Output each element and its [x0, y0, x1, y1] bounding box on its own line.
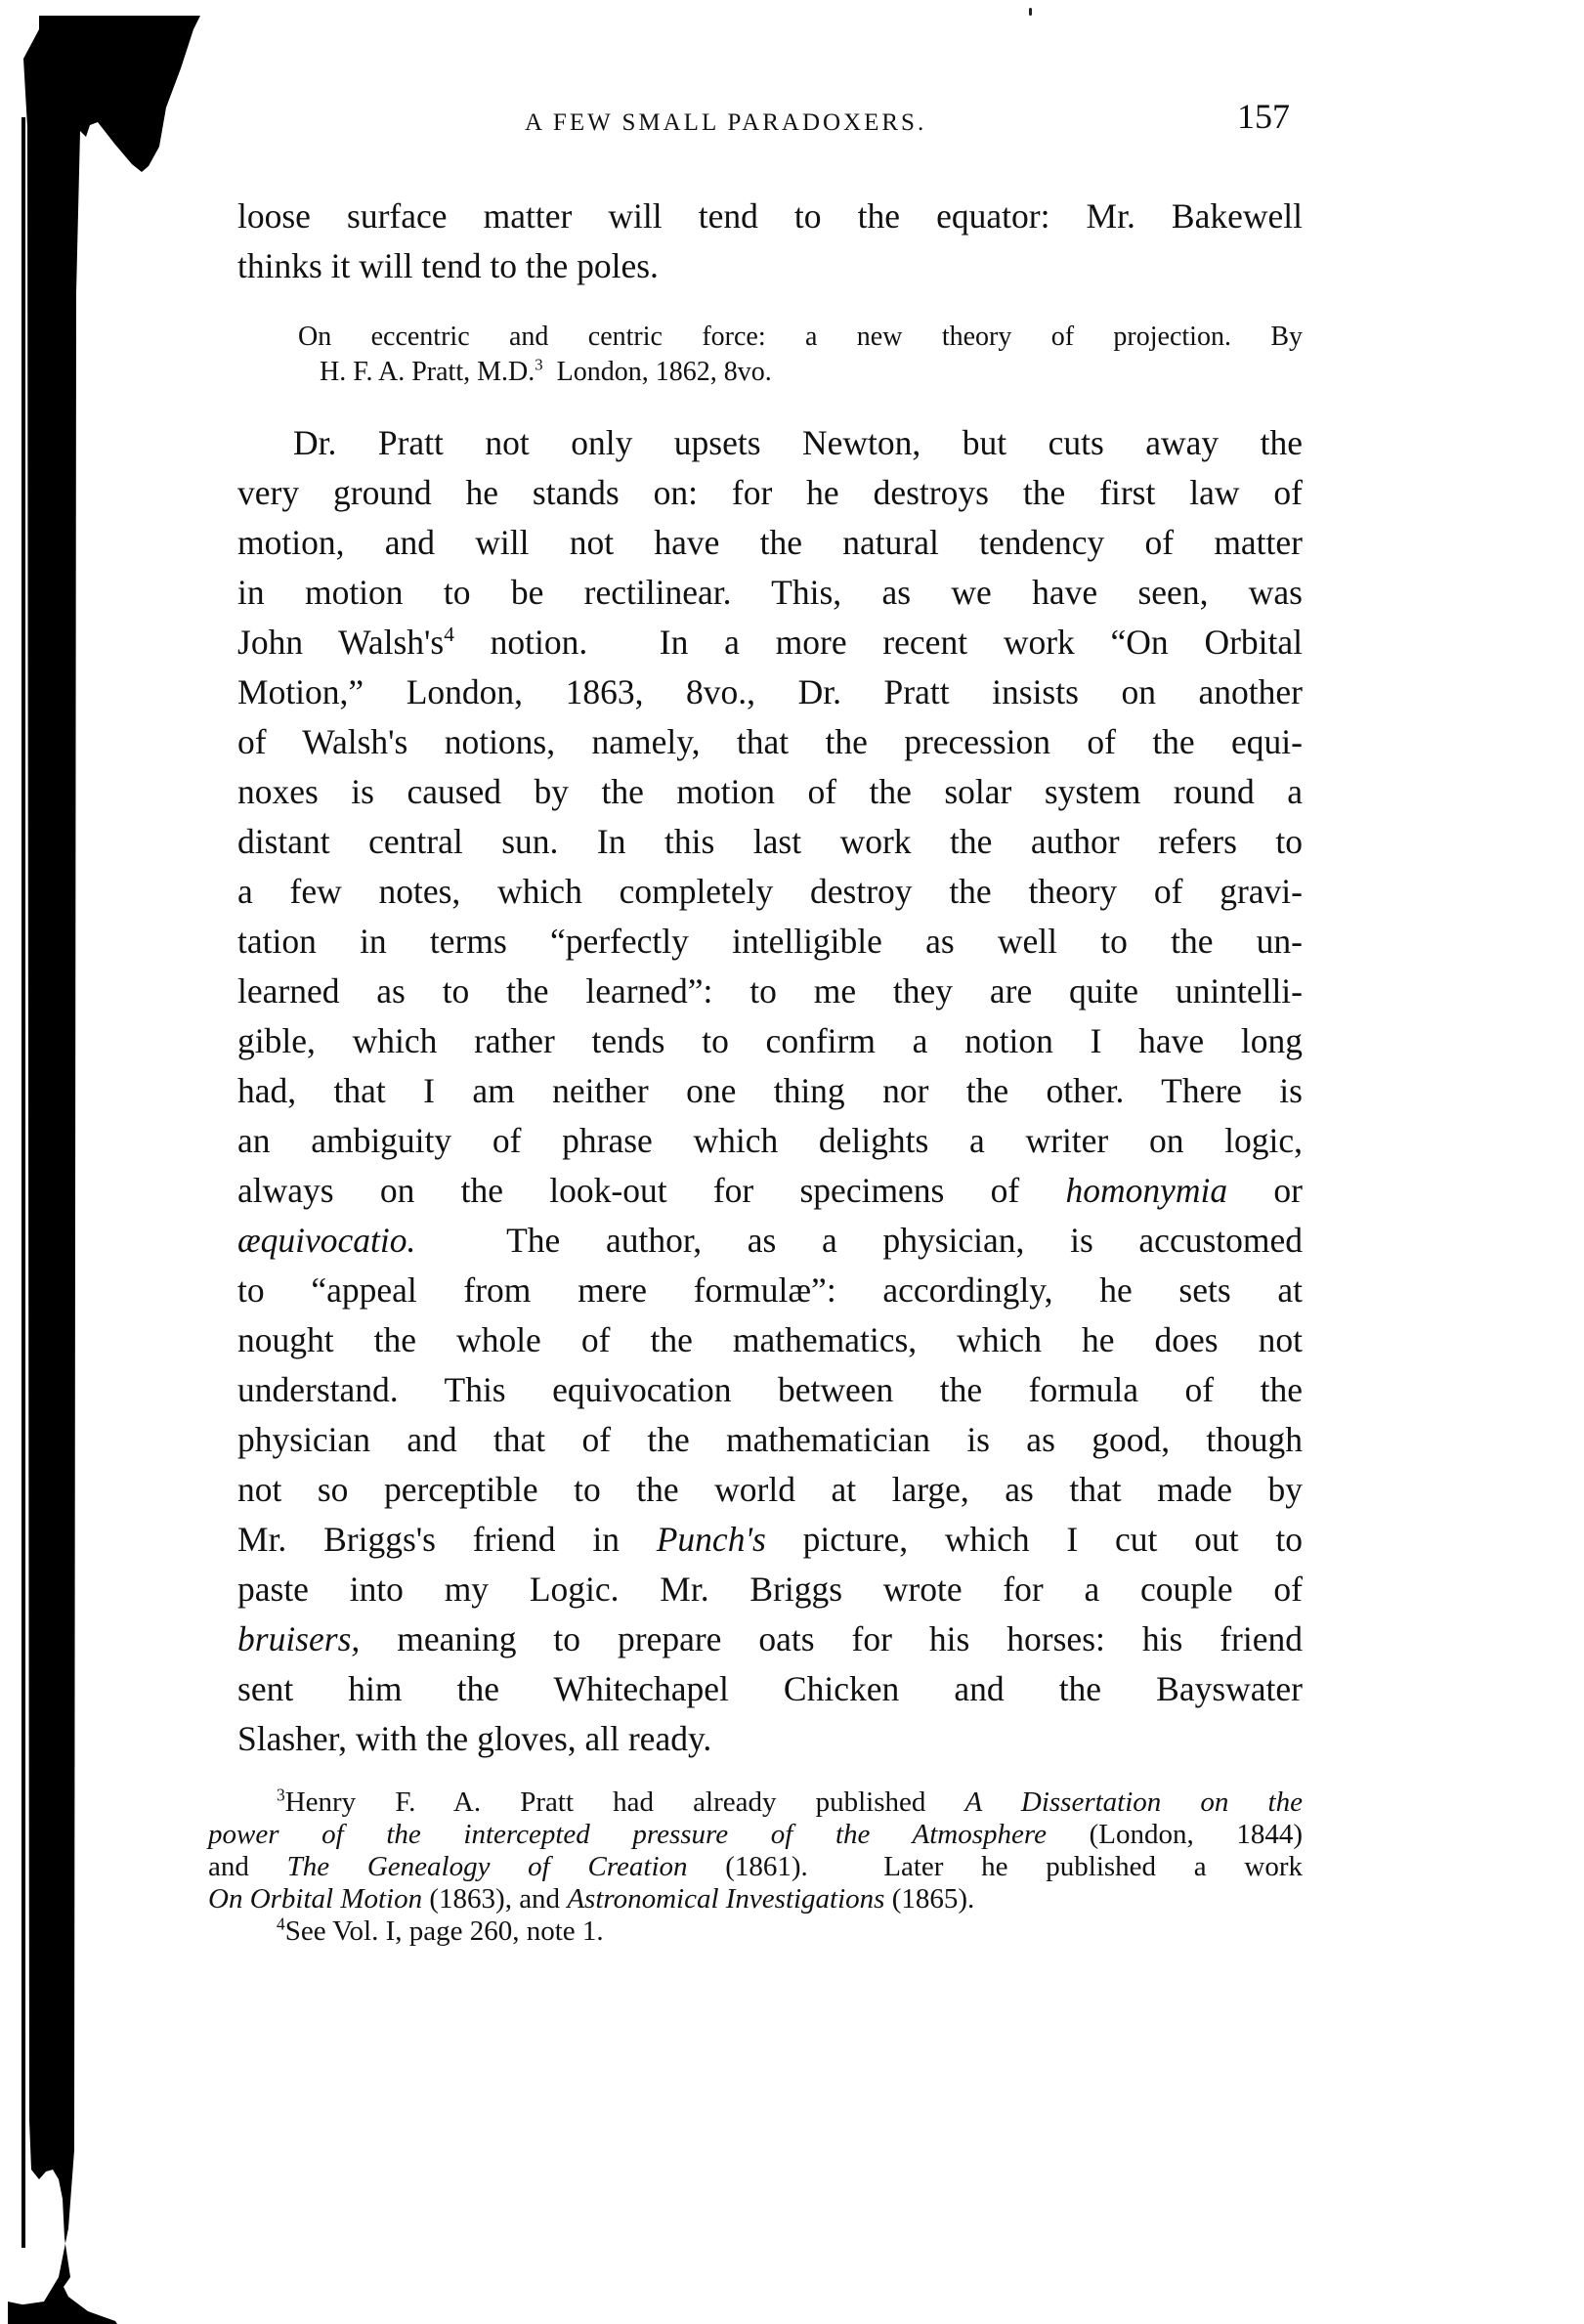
italic-title: A Dissertation on the — [965, 1786, 1303, 1818]
text-line: motion, and will not have the natural te… — [237, 518, 1303, 568]
italic-text: bruisers, — [237, 1619, 360, 1658]
footnote-line: 4See Vol. I, page 260, note 1. — [208, 1915, 1303, 1948]
text-line: tation in terms “perfectly intelligible … — [237, 917, 1303, 967]
text-line: physician and that of the mathematician … — [237, 1415, 1303, 1465]
text-run: always on the look-out for specimens of — [237, 1171, 1066, 1210]
footnote-line: power of the intercepted pressure of the… — [208, 1819, 1303, 1851]
text-line: Dr. Pratt not only upsets Newton, but cu… — [237, 418, 1303, 468]
text-line: to “appeal from mere formulæ”: according… — [237, 1266, 1303, 1315]
text-line: learned as to the learned”: to me they a… — [237, 967, 1303, 1016]
italic-text: æquivocatio. — [237, 1221, 415, 1260]
text-line: of Walsh's notions, namely, that the pre… — [237, 717, 1303, 767]
text-run: (1865). — [884, 1883, 974, 1915]
italic-text: homonymia — [1066, 1171, 1228, 1210]
text-run: John Walsh's — [237, 623, 444, 662]
text-line: understand. This equivocation between th… — [237, 1365, 1303, 1415]
paragraph-main: Dr. Pratt not only upsets Newton, but cu… — [237, 418, 1303, 1764]
text-run: (London, 1844) — [1047, 1819, 1303, 1850]
footnote-marker: 4 — [277, 1914, 285, 1933]
italic-text: Punch's — [657, 1520, 766, 1559]
footnote-marker: 3 — [277, 1785, 285, 1804]
text-run: Mr. Briggs's friend in — [237, 1520, 657, 1559]
text-line: nought the whole of the mathematics, whi… — [237, 1315, 1303, 1365]
citation-block: On eccentric and centric force: a new th… — [298, 320, 1303, 390]
text-line: æquivocatio. The author, as a physician,… — [237, 1216, 1303, 1266]
text-line: thinks it will tend to the poles. — [237, 241, 1303, 291]
text-run: picture, which I cut out to — [766, 1520, 1303, 1559]
text-line: Mr. Briggs's friend in Punch's picture, … — [237, 1515, 1303, 1565]
italic-title: The Genealogy of Creation — [287, 1851, 688, 1882]
text-line: Slasher, with the gloves, all ready. — [237, 1714, 1303, 1764]
text-line: paste into my Logic. Mr. Briggs wrote fo… — [237, 1565, 1303, 1614]
citation-line: H. F. A. Pratt, M.D.3 London, 1862, 8vo. — [298, 355, 1303, 390]
italic-title: Astronomical Investigations — [567, 1883, 884, 1915]
text-run: (1861). Later he published a work — [688, 1851, 1303, 1882]
footnote-ref: 3 — [535, 356, 542, 374]
page-number: 157 — [1237, 96, 1290, 137]
binding-shadow — [0, 0, 235, 2324]
citation-imprint: London, 1862, 8vo. — [543, 357, 772, 387]
footnote-line: On Orbital Motion (1863), and Astronomic… — [208, 1883, 1303, 1915]
text-run: meaning to prepare oats for his horses: … — [360, 1619, 1303, 1658]
running-head: A FEW SMALL PARADOXERS. — [525, 109, 926, 137]
italic-title: On Orbital Motion — [208, 1883, 422, 1915]
text-line: in motion to be rectilinear. This, as we… — [237, 568, 1303, 618]
text-run: or — [1227, 1171, 1303, 1210]
text-line: always on the look-out for specimens of … — [237, 1166, 1303, 1216]
paragraph-continued: loose surface matter will tend to the eq… — [237, 192, 1303, 291]
page-header: A FEW SMALL PARADOXERS. 157 — [0, 90, 1584, 139]
text-line: gible, which rather tends to confirm a n… — [237, 1016, 1303, 1066]
text-run: See Vol. I, page 260, note 1. — [285, 1915, 604, 1947]
text-line: bruisers, meaning to prepare oats for hi… — [237, 1614, 1303, 1664]
text-run: and — [208, 1851, 287, 1882]
text-line: loose surface matter will tend to the eq… — [237, 192, 1303, 241]
ink-mark — [1029, 8, 1032, 16]
italic-title: power of the intercepted pressure of the… — [208, 1819, 1047, 1850]
text-line: had, that I am neither one thing nor the… — [237, 1066, 1303, 1116]
citation-author: H. F. A. Pratt, M.D. — [320, 357, 535, 387]
text-line: very ground he stands on: for he destroy… — [237, 468, 1303, 518]
text-run: (1863), and — [422, 1883, 567, 1915]
text-run: notion. In a more recent work “On Orbita… — [454, 623, 1303, 662]
footnote-line: and The Genealogy of Creation (1861). La… — [208, 1851, 1303, 1883]
text-line: noxes is caused by the motion of the sol… — [237, 767, 1303, 817]
text-run: The author, as a physician, is accustome… — [415, 1221, 1303, 1260]
footnote-ref: 4 — [444, 623, 454, 646]
text-line: sent him the Whitechapel Chicken and the… — [237, 1664, 1303, 1714]
text-line: an ambiguity of phrase which delights a … — [237, 1116, 1303, 1166]
footnote-line: 3Henry F. A. Pratt had already published… — [208, 1786, 1303, 1819]
footnotes: 3Henry F. A. Pratt had already published… — [208, 1786, 1303, 1948]
text-run: Henry F. A. Pratt had already published — [285, 1786, 965, 1818]
citation-line: On eccentric and centric force: a new th… — [298, 320, 1303, 355]
text-line: distant central sun. In this last work t… — [237, 817, 1303, 867]
text-line: Motion,” London, 1863, 8vo., Dr. Pratt i… — [237, 667, 1303, 717]
text-line: not so perceptible to the world at large… — [237, 1465, 1303, 1515]
text-line: John Walsh's4 notion. In a more recent w… — [237, 618, 1303, 667]
text-line: a few notes, which completely destroy th… — [237, 867, 1303, 917]
